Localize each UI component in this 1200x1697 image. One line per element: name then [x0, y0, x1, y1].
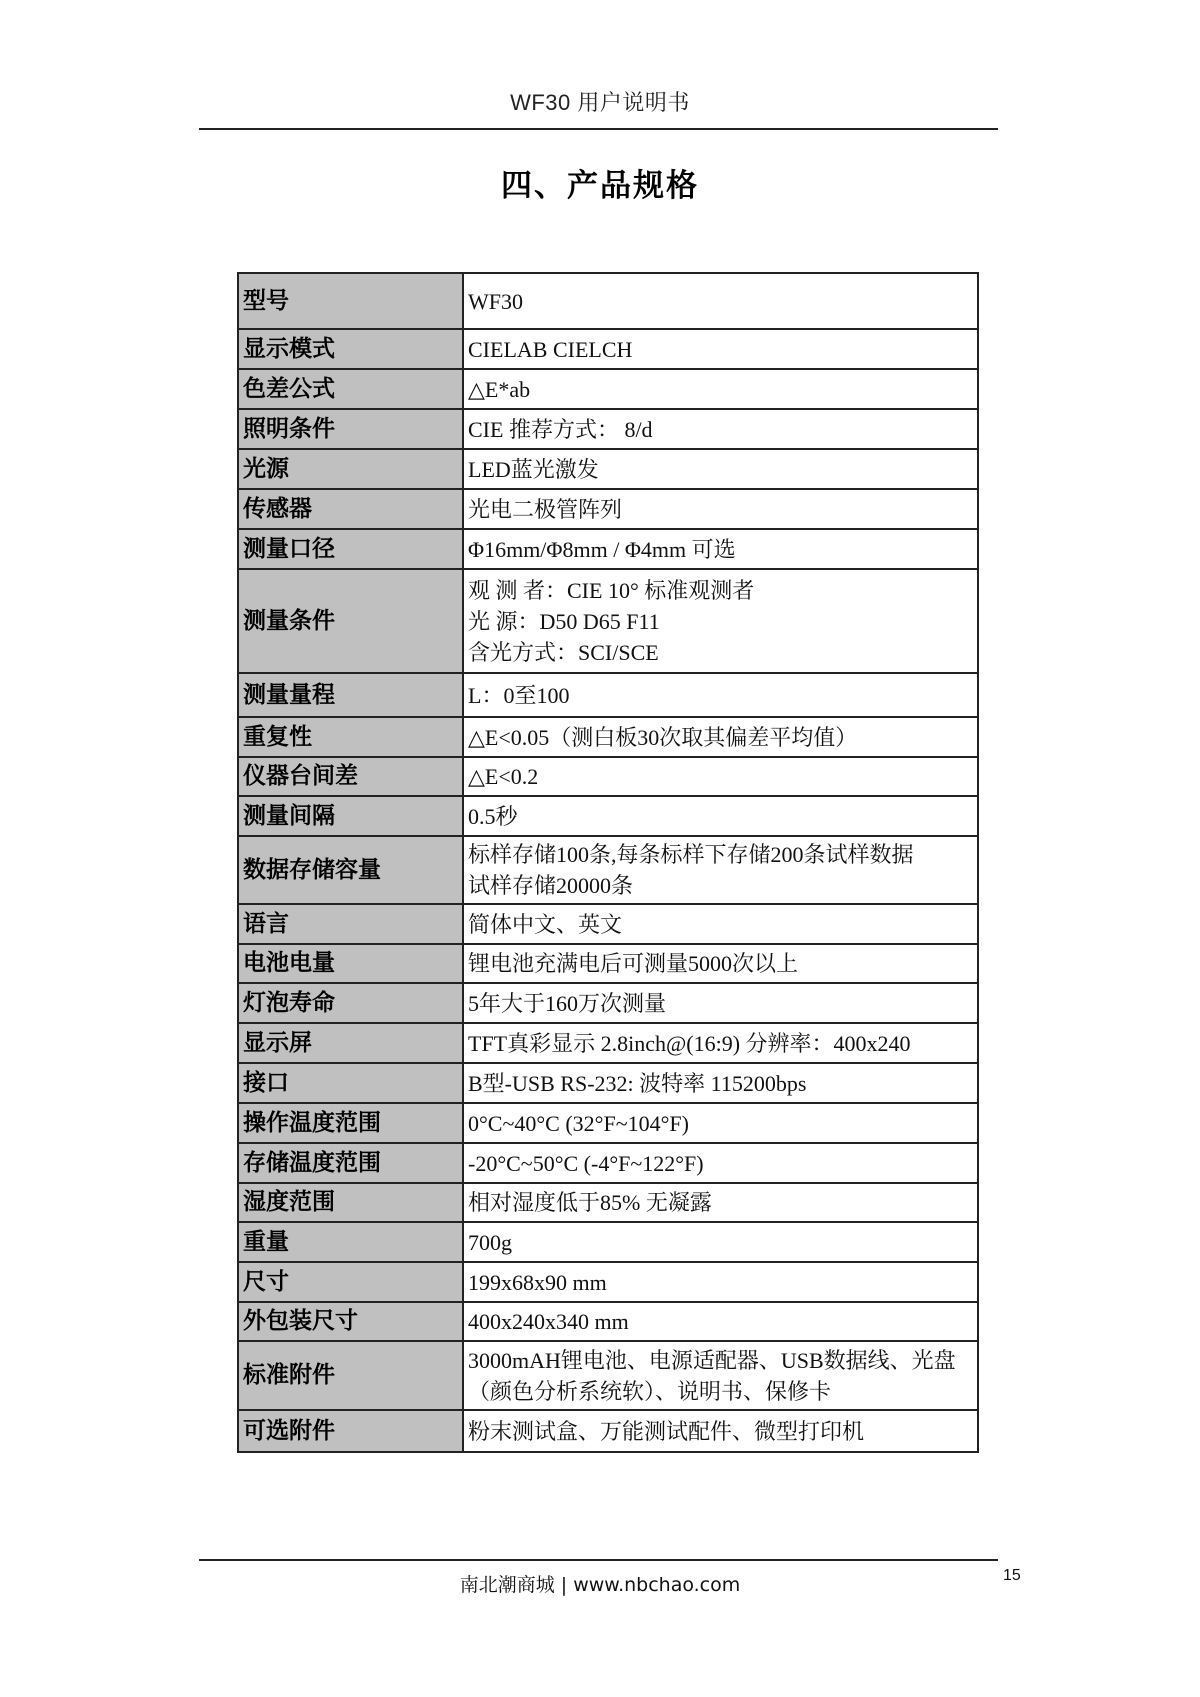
table-row: 可选附件粉末测试盒、万能测试配件、微型打印机	[238, 1410, 978, 1452]
spec-value: 199x68x90 mm	[463, 1262, 978, 1302]
table-row: 存储温度范围-20°C~50°C (-4°F~122°F)	[238, 1143, 978, 1183]
table-row: 型号WF30	[238, 273, 978, 329]
spec-label: 测量量程	[238, 673, 463, 717]
table-row: 测量条件观 测 者：CIE 10° 标准观测者 光 源：D50 D65 F11 …	[238, 569, 978, 673]
spec-value: -20°C~50°C (-4°F~122°F)	[463, 1143, 978, 1183]
spec-value: 700g	[463, 1222, 978, 1262]
spec-label: 灯泡寿命	[238, 983, 463, 1023]
spec-value: 相对湿度低于85% 无凝露	[463, 1183, 978, 1222]
spec-value: CIE 推荐方式： 8/d	[463, 409, 978, 449]
table-row: 尺寸199x68x90 mm	[238, 1262, 978, 1302]
document-header-title: WF30 用户说明书	[0, 86, 1200, 117]
spec-label: 测量条件	[238, 569, 463, 673]
table-row: 数据存储容量标样存储100条,每条标样下存储200条试样数据 试样存储20000…	[238, 836, 978, 904]
table-row: 测量间隔0.5秒	[238, 796, 978, 836]
table-row: 测量量程L：0至100	[238, 673, 978, 717]
spec-label: 湿度范围	[238, 1183, 463, 1222]
spec-value: △E*ab	[463, 369, 978, 409]
spec-label: 尺寸	[238, 1262, 463, 1302]
table-row: 语言简体中文、英文	[238, 904, 978, 944]
table-row: 显示模式CIELAB CIELCH	[238, 329, 978, 369]
table-row: 传感器光电二极管阵列	[238, 489, 978, 529]
spec-label: 外包装尺寸	[238, 1302, 463, 1341]
spec-label: 显示模式	[238, 329, 463, 369]
table-row: 外包装尺寸400x240x340 mm	[238, 1302, 978, 1341]
table-row: 电池电量锂电池充满电后可测量5000次以上	[238, 944, 978, 983]
spec-value: 标样存储100条,每条标样下存储200条试样数据 试样存储20000条	[463, 836, 978, 904]
spec-label: 测量间隔	[238, 796, 463, 836]
spec-value: 观 测 者：CIE 10° 标准观测者 光 源：D50 D65 F11 含光方式…	[463, 569, 978, 673]
spec-value: TFT真彩显示 2.8inch@(16:9) 分辨率：400x240	[463, 1023, 978, 1063]
spec-value: LED蓝光激发	[463, 449, 978, 489]
spec-label: 色差公式	[238, 369, 463, 409]
spec-value: 粉末测试盒、万能测试配件、微型打印机	[463, 1410, 978, 1452]
spec-label: 光源	[238, 449, 463, 489]
spec-value: △E<0.2	[463, 757, 978, 796]
spec-label: 操作温度范围	[238, 1103, 463, 1143]
table-row: 重量700g	[238, 1222, 978, 1262]
spec-label: 重量	[238, 1222, 463, 1262]
spec-value: 0.5秒	[463, 796, 978, 836]
spec-label: 数据存储容量	[238, 836, 463, 904]
spec-value: 锂电池充满电后可测量5000次以上	[463, 944, 978, 983]
spec-value: 5年大于160万次测量	[463, 983, 978, 1023]
spec-value: 3000mAH锂电池、电源适配器、USB数据线、光盘 （颜色分析系统软）、说明书…	[463, 1341, 978, 1410]
spec-value: 简体中文、英文	[463, 904, 978, 944]
spec-label: 照明条件	[238, 409, 463, 449]
table-row: 标准附件3000mAH锂电池、电源适配器、USB数据线、光盘 （颜色分析系统软）…	[238, 1341, 978, 1410]
spec-label: 电池电量	[238, 944, 463, 983]
spec-label: 测量口径	[238, 529, 463, 569]
spec-label: 传感器	[238, 489, 463, 529]
spec-label: 显示屏	[238, 1023, 463, 1063]
section-title: 四、产品规格	[0, 160, 1200, 205]
spec-label: 仪器台间差	[238, 757, 463, 796]
table-row: 仪器台间差△E<0.2	[238, 757, 978, 796]
spec-value: 400x240x340 mm	[463, 1302, 978, 1341]
spec-table-body: 型号WF30显示模式CIELAB CIELCH色差公式△E*ab照明条件CIE …	[238, 273, 978, 1452]
table-row: 灯泡寿命5年大于160万次测量	[238, 983, 978, 1023]
table-row: 显示屏TFT真彩显示 2.8inch@(16:9) 分辨率：400x240	[238, 1023, 978, 1063]
spec-label: 型号	[238, 273, 463, 329]
spec-label: 语言	[238, 904, 463, 944]
spec-label: 可选附件	[238, 1410, 463, 1452]
spec-label: 标准附件	[238, 1341, 463, 1410]
table-row: 测量口径Φ16mm/Φ8mm / Φ4mm 可选	[238, 529, 978, 569]
table-row: 光源LED蓝光激发	[238, 449, 978, 489]
table-row: 色差公式△E*ab	[238, 369, 978, 409]
spec-value: CIELAB CIELCH	[463, 329, 978, 369]
table-row: 重复性△E<0.05（测白板30次取其偏差平均值）	[238, 717, 978, 757]
spec-value: Φ16mm/Φ8mm / Φ4mm 可选	[463, 529, 978, 569]
spec-label: 接口	[238, 1063, 463, 1103]
header-divider	[199, 128, 998, 130]
spec-table: 型号WF30显示模式CIELAB CIELCH色差公式△E*ab照明条件CIE …	[237, 272, 979, 1453]
spec-value: 0°C~40°C (32°F~104°F)	[463, 1103, 978, 1143]
spec-value: WF30	[463, 273, 978, 329]
table-row: 接口B型-USB RS-232: 波特率 115200bps	[238, 1063, 978, 1103]
spec-value: △E<0.05（测白板30次取其偏差平均值）	[463, 717, 978, 757]
spec-label: 重复性	[238, 717, 463, 757]
spec-value: 光电二极管阵列	[463, 489, 978, 529]
page-number: 15	[1003, 1567, 1021, 1585]
spec-value: L：0至100	[463, 673, 978, 717]
table-row: 操作温度范围0°C~40°C (32°F~104°F)	[238, 1103, 978, 1143]
footer-divider	[199, 1559, 998, 1561]
table-row: 照明条件CIE 推荐方式： 8/d	[238, 409, 978, 449]
table-row: 湿度范围相对湿度低于85% 无凝露	[238, 1183, 978, 1222]
spec-label: 存储温度范围	[238, 1143, 463, 1183]
spec-value: B型-USB RS-232: 波特率 115200bps	[463, 1063, 978, 1103]
